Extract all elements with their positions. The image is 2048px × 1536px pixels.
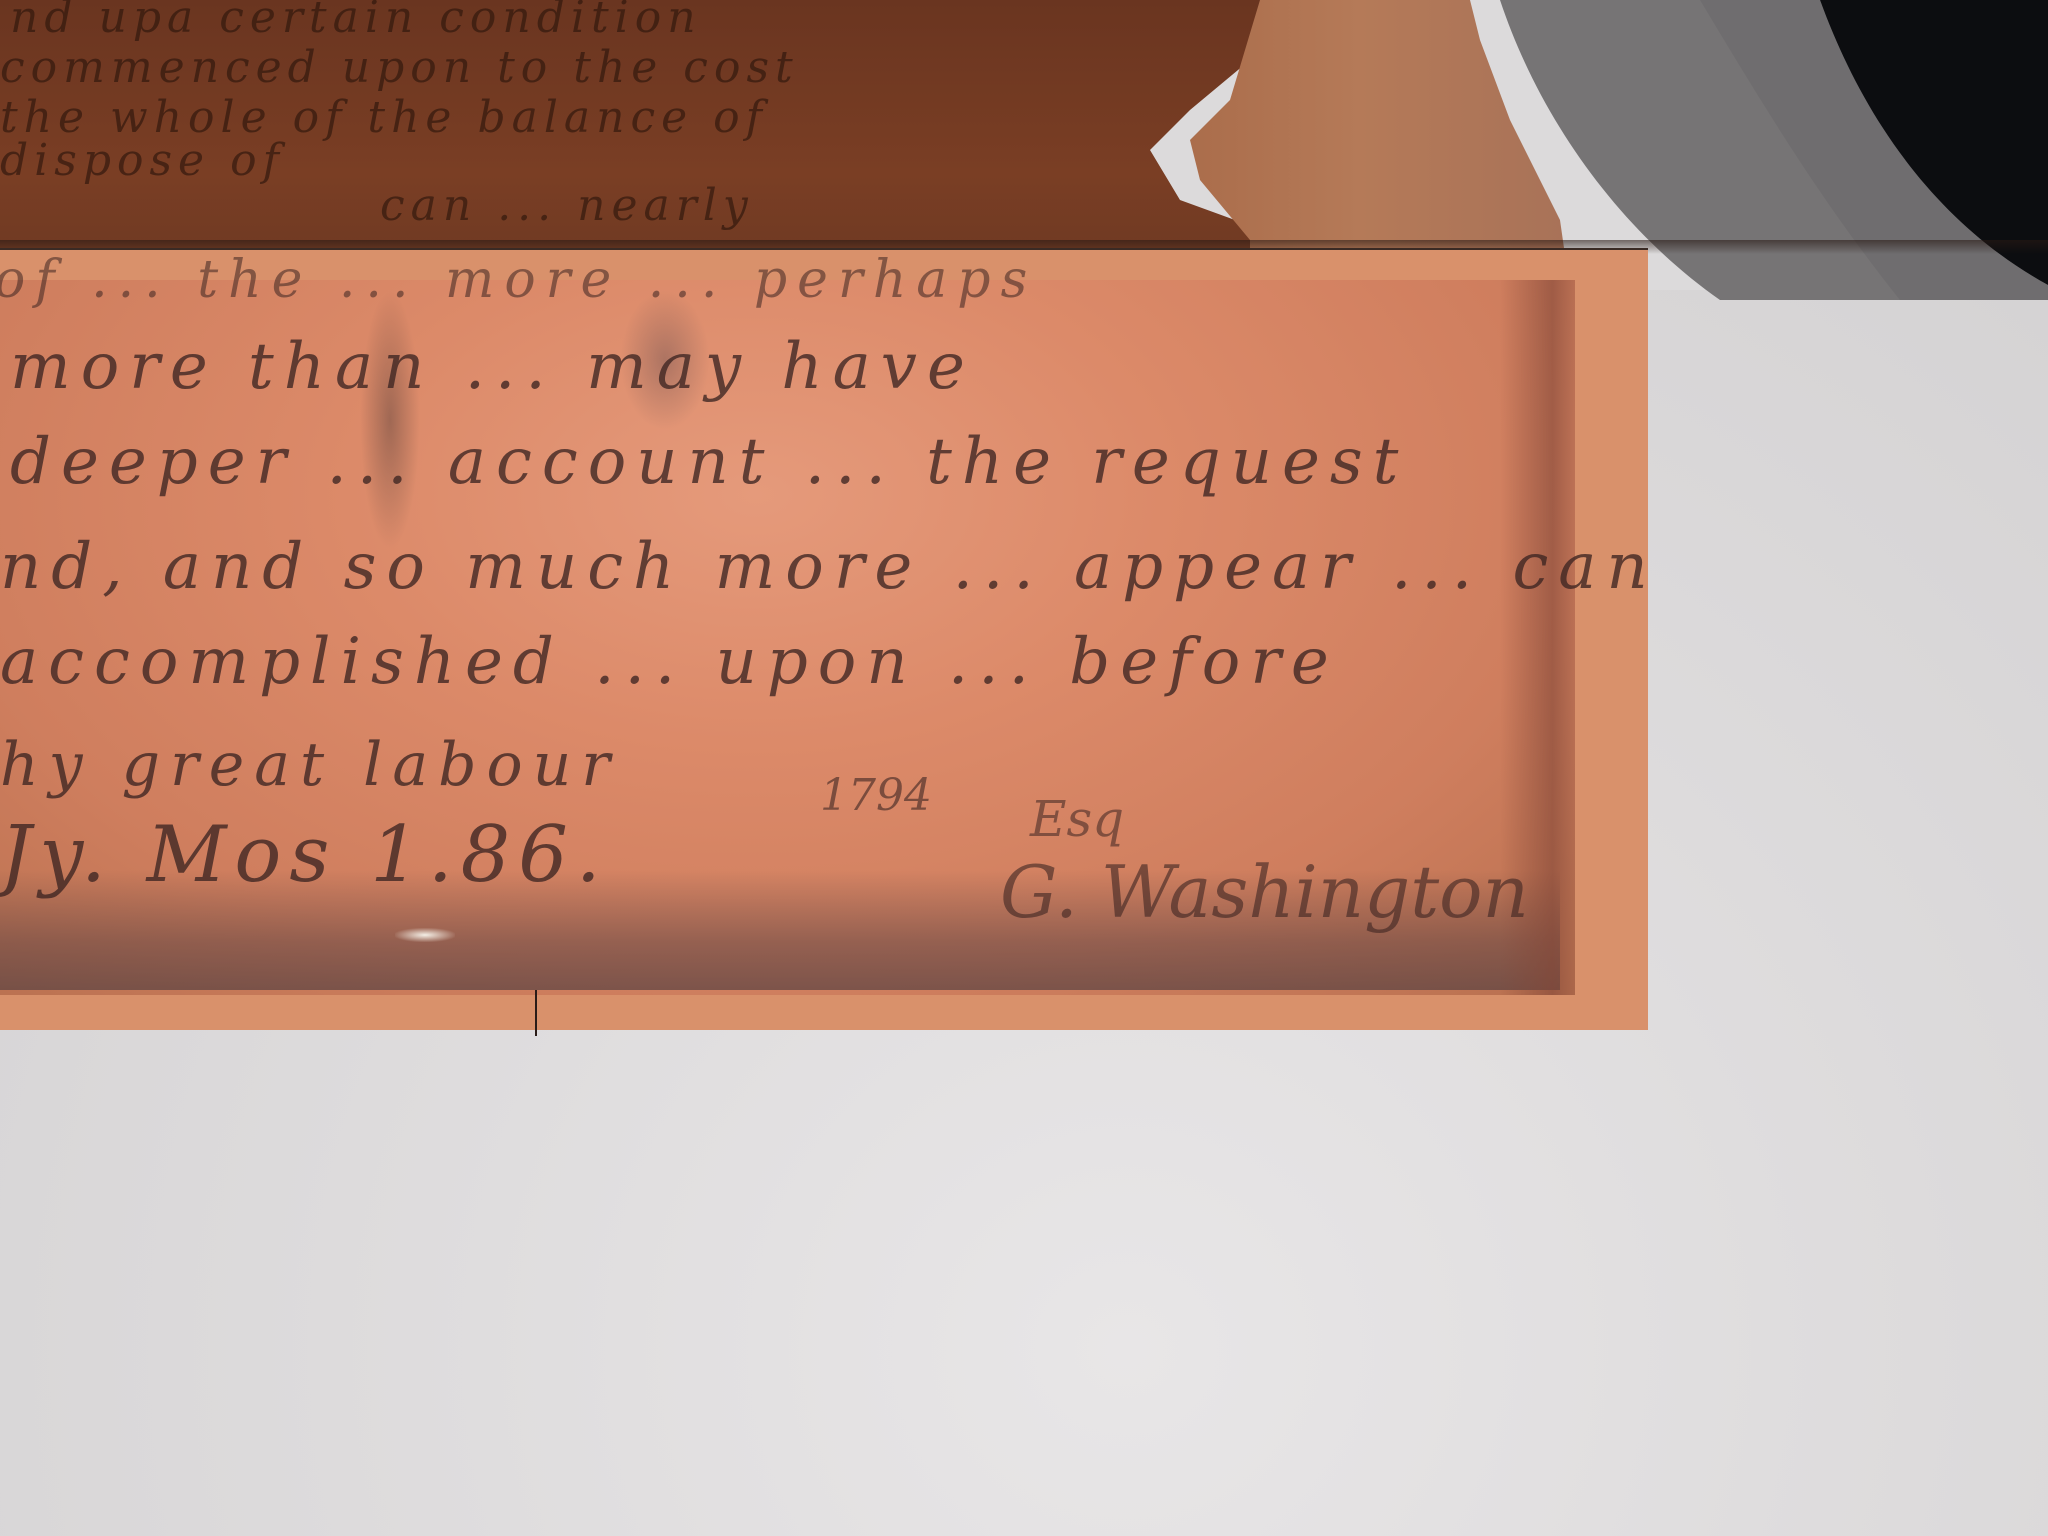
letter-line: deeper ... account ... the request — [10, 425, 1408, 499]
letter-line: more than ... may have — [10, 330, 975, 404]
paper-damage-mark — [395, 928, 455, 942]
upper-text-line: dispose of — [0, 135, 285, 186]
signature-prefix: Esq — [1030, 790, 1124, 848]
letter-date-superscript: 1794 — [820, 770, 932, 821]
ink-stain — [360, 290, 420, 550]
upper-text-line: nd upa certain condition — [10, 0, 702, 43]
letter-line: accomplished ... upon ... before — [0, 625, 1339, 699]
letter-line: hy great labour — [0, 730, 620, 800]
letter-closing-date: Jy. Mos 1.86. — [0, 810, 609, 900]
letter-line: nd, and so much more ... appear ... can — [0, 530, 1658, 604]
letter-line: of ... the ... more ... perhaps — [0, 250, 1037, 310]
photo-scene: nd upa certain condition commenced upon … — [0, 0, 2048, 1536]
upper-text-line: commenced upon to the cost — [0, 42, 799, 93]
signature: G. Washington — [1000, 850, 1529, 934]
print-crease-mark — [535, 990, 537, 1036]
